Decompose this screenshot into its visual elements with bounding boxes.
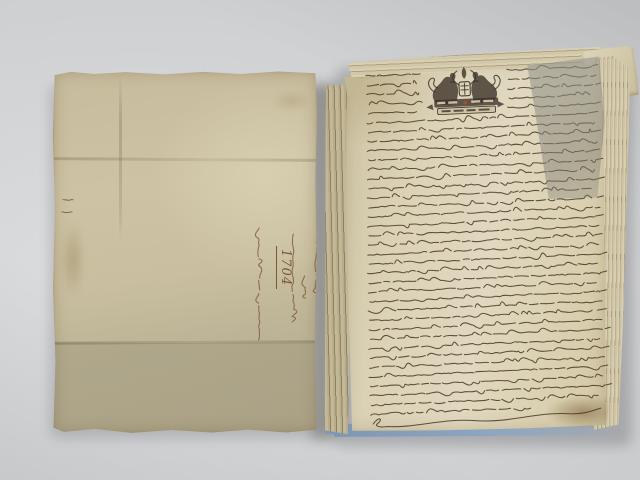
left-parchment-leaf: Mariage 1704 — [52, 70, 318, 434]
edge-ink-mark — [60, 192, 76, 226]
tax-stamp-icon — [425, 65, 505, 115]
foxing-stain — [272, 90, 312, 112]
edge-mark-lines — [62, 199, 73, 212]
fold-crease-upper — [54, 157, 317, 162]
photograph-of-manuscripts: Mariage 1704 — [0, 0, 640, 480]
foxing-stain — [60, 220, 86, 300]
